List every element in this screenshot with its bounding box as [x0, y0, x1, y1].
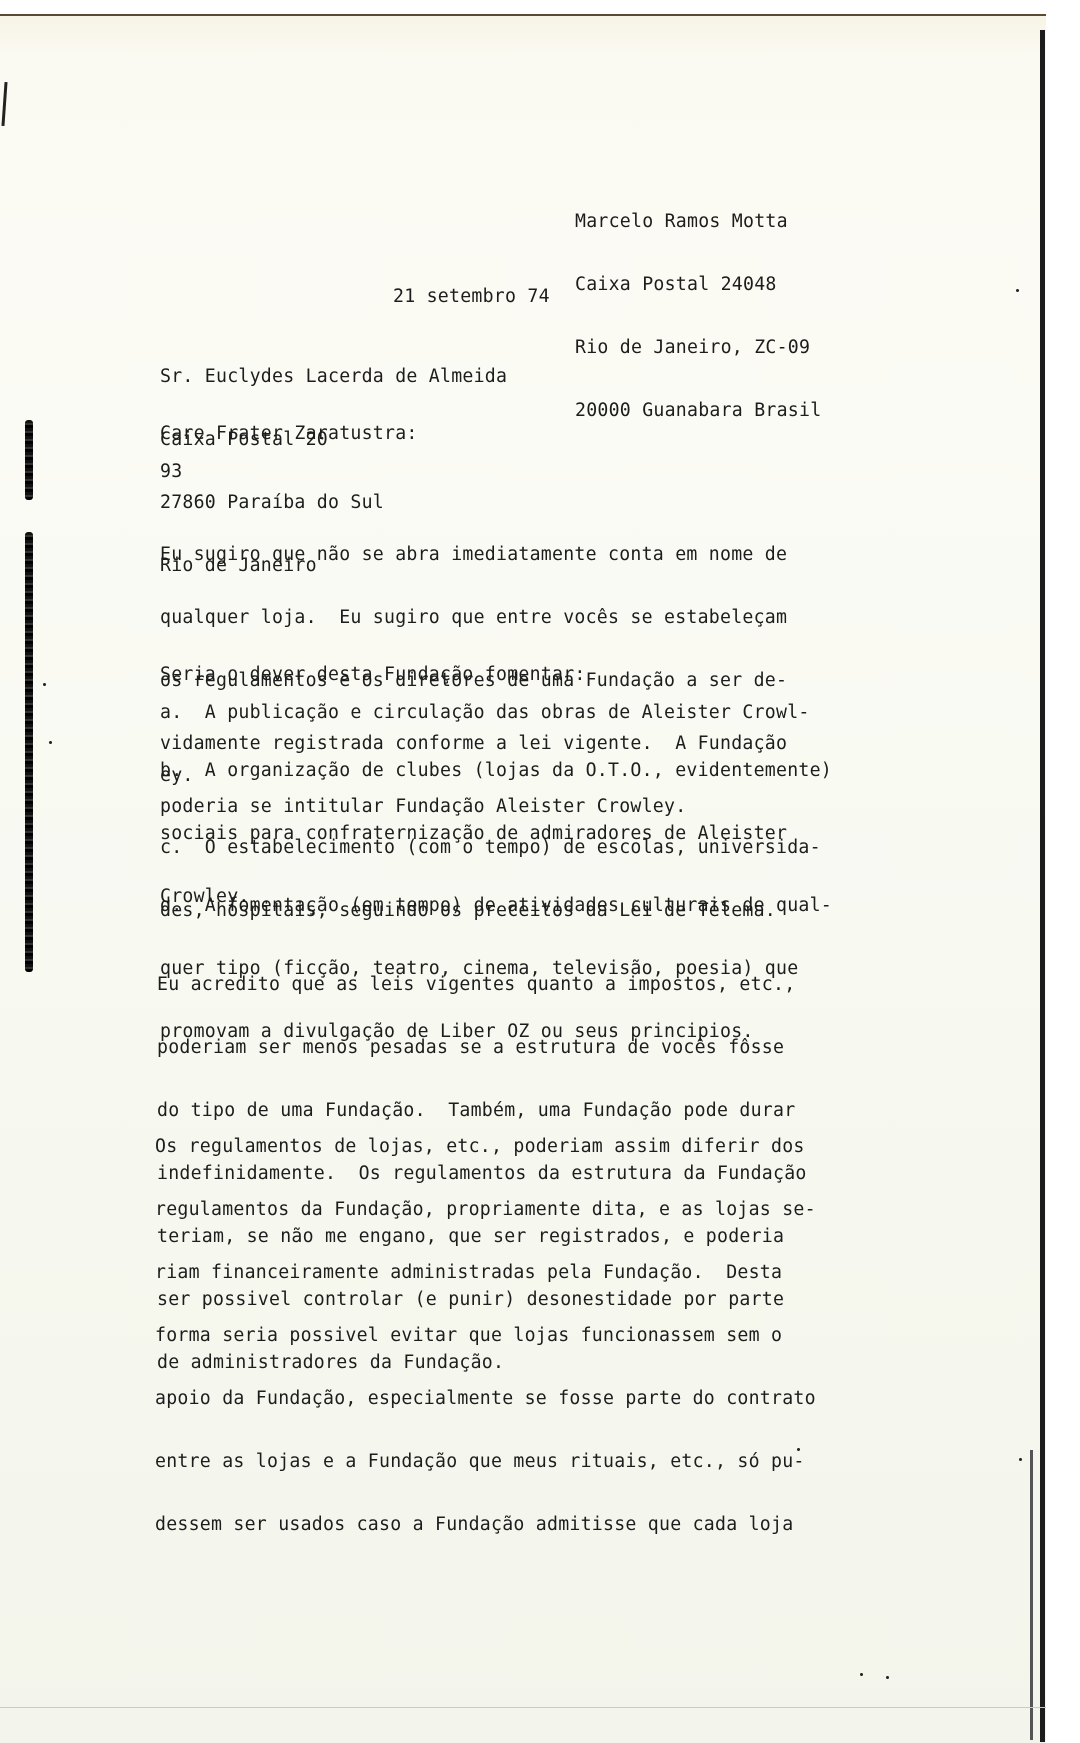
text-line: Eu sugiro que não se abra imediatamente …	[160, 544, 787, 565]
text-line: dessem ser usados caso a Fundação admiti…	[155, 1514, 816, 1535]
text-line: Eu acredito que as leis vigentes quanto …	[157, 974, 807, 995]
text-line: riam financeiramente administradas pela …	[155, 1262, 816, 1283]
ink-speck	[860, 1673, 863, 1676]
page-bottom-edge	[0, 1707, 1046, 1708]
sender-address: Marcelo Ramos Motta Caixa Postal 24048 R…	[575, 169, 821, 442]
text-line: regulamentos da Fundação, propriamente d…	[155, 1199, 816, 1220]
text-line: Os regulamentos de lojas, etc., poderiam…	[155, 1136, 816, 1157]
binding-hole-mark-lower	[25, 532, 33, 972]
ink-speck	[43, 683, 46, 686]
text-line: b. A organização de clubes (lojas da O.T…	[160, 760, 832, 781]
ink-speck	[1019, 1458, 1022, 1461]
text-line: entre as lojas e a Fundação que meus rit…	[155, 1451, 816, 1472]
page-right-edge-shadow	[1040, 30, 1045, 1742]
sender-city: Rio de Janeiro, ZC-09	[575, 337, 821, 358]
ink-speck	[886, 1676, 889, 1679]
recipient-name: Sr. Euclydes Lacerda de Almeida	[160, 366, 507, 387]
letter-date: 21 setembro 74	[393, 286, 550, 307]
paragraph-lodges: Os regulamentos de lojas, etc., poderiam…	[155, 1094, 816, 1556]
salutation: Care Frater Zaratustra:	[160, 423, 418, 444]
text-line: apoio da Fundação, especialmente se foss…	[155, 1388, 816, 1409]
ink-speck	[49, 741, 52, 744]
greeting-number: 93	[160, 461, 182, 482]
page-under-edge	[1030, 1450, 1033, 1740]
sender-po-box: Caixa Postal 24048	[575, 274, 821, 295]
text-line: poderiam ser menos pesadas se a estrutur…	[157, 1037, 807, 1058]
ink-speck	[1016, 289, 1019, 292]
sender-postcode-country: 20000 Guanabara Brasil	[575, 400, 821, 421]
binding-hole-mark-upper	[25, 420, 33, 500]
text-line: forma seria possivel evitar que lojas fu…	[155, 1325, 816, 1346]
sender-name: Marcelo Ramos Motta	[575, 211, 821, 232]
text-line: d. A fomentação (em tempo) de atividades…	[160, 895, 832, 916]
